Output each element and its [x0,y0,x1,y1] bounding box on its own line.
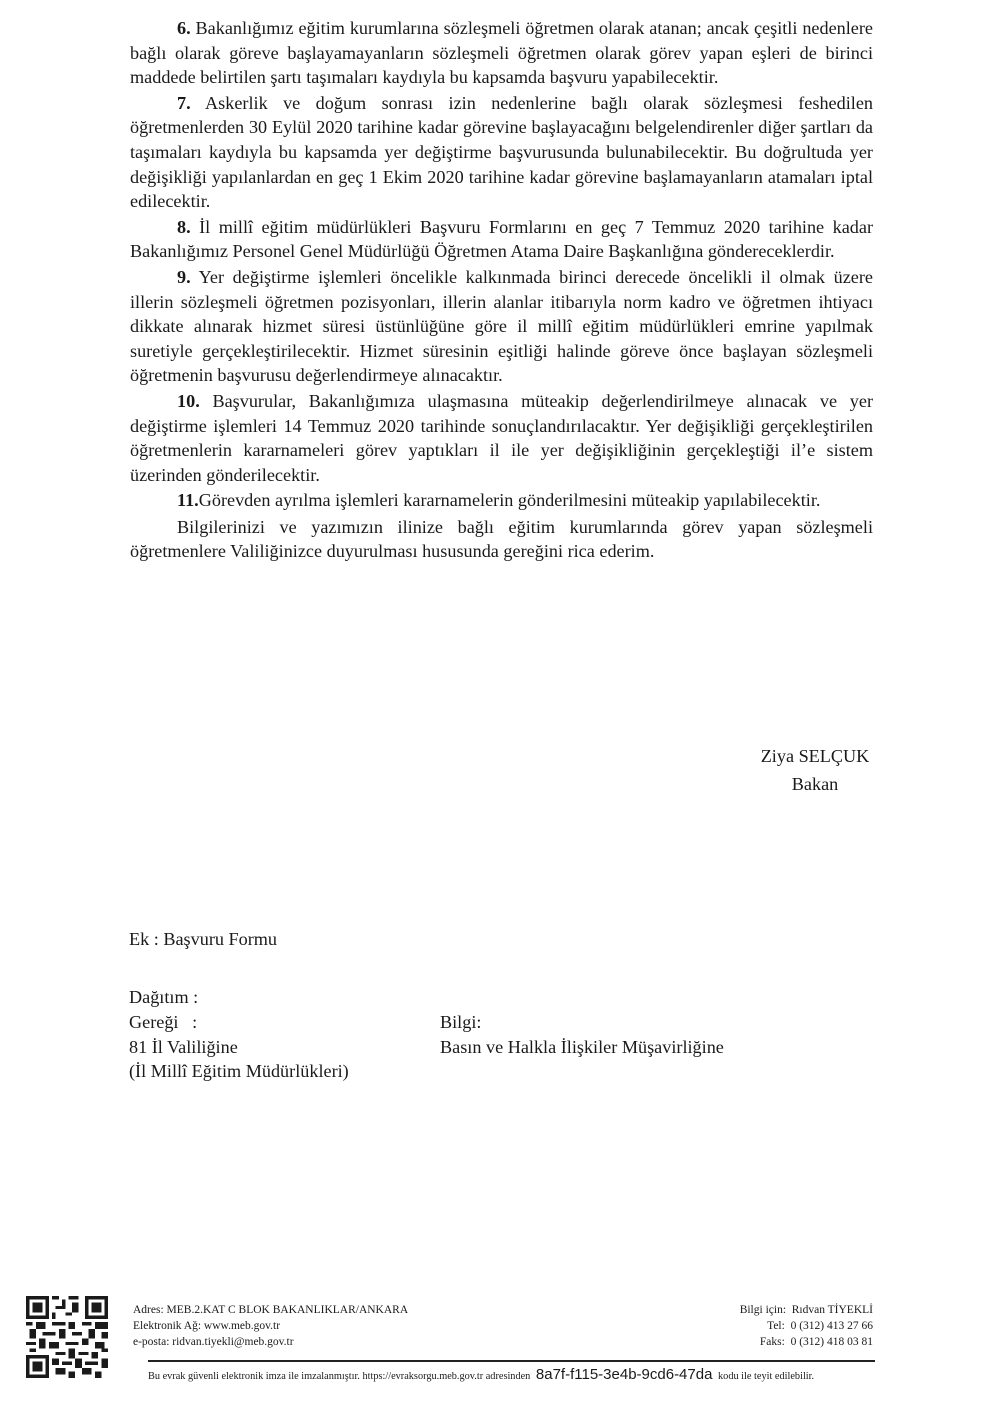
footer-contact-person: Bilgi için: Rıdvan TİYEKLİ [740,1302,873,1318]
closing-paragraph: Bilgilerinizi ve yazımızın ilinize bağlı… [130,515,873,564]
action-label: Gereği : [129,1010,349,1035]
paragraph-7: 7. Askerlik ve doğum sonrası izin nedenl… [130,91,873,214]
footer-fax: Faks: 0 (312) 418 03 81 [740,1334,873,1350]
footer-email: e-posta: ridvan.tiyekli@meb.gov.tr [133,1334,408,1350]
distribution-heading: Dağıtım : [129,985,349,1010]
paragraph-text: Yer değiştirme işlemleri öncelikle kalkı… [130,267,873,385]
attachment-note: Ek : Başvuru Formu [129,929,277,950]
paragraph-9: 9. Yer değiştirme işlemleri öncelikle ka… [130,265,873,388]
paragraph-text: Bakanlığımız eğitim kurumlarına sözleşme… [130,18,873,87]
action-recipient: 81 İl Valiliğine [129,1035,349,1060]
verify-prefix: Bu evrak güvenli elektronik imza ile imz… [148,1371,530,1382]
item-number: 10. [177,391,200,411]
footer-address: Adres: MEB.2.KAT C BLOK BAKANLIKLAR/ANKA… [133,1302,408,1318]
item-number: 6. [177,18,191,38]
signatory-name: Ziya SELÇUK [740,742,890,770]
paragraph-6: 6. Bakanlığımız eğitim kurumlarına sözle… [130,16,873,90]
paragraph-10: 10. Başvurular, Bakanlığımıza ulaşmasına… [130,389,873,487]
distribution-block: Dağıtım : Gereği : 81 İl Valiliğine (İl … [129,985,349,1084]
paragraph-text: Görevden ayrılma işlemleri kararnameleri… [199,490,821,510]
verify-suffix: kodu ile teyit edilebilir. [718,1371,814,1382]
document-body: 6. Bakanlığımız eğitim kurumlarına sözle… [130,16,873,582]
paragraph-text: İl millî eğitim müdürlükleri Başvuru For… [130,217,873,262]
paragraph-text: Askerlik ve doğum sonrası izin nedenleri… [130,93,873,211]
item-number: 9. [177,267,191,287]
footer-contact-left: Adres: MEB.2.KAT C BLOK BAKANLIKLAR/ANKA… [133,1302,408,1350]
signatory-title: Bakan [740,770,890,798]
verify-code: 8a7f-f115-3e4b-9cd6-47da [533,1366,716,1383]
item-number: 7. [177,93,191,113]
qr-code-icon [26,1296,108,1378]
item-number: 8. [177,217,191,237]
signature-block: Ziya SELÇUK Bakan [740,742,890,798]
item-number: 11. [177,490,199,510]
paragraph-text: Başvurular, Bakanlığımıza ulaşmasına müt… [130,391,873,485]
footer-divider [148,1360,875,1362]
action-recipient-sub: (İl Millî Eğitim Müdürlükleri) [129,1059,349,1084]
paragraph-8: 8. İl millî eğitim müdürlükleri Başvuru … [130,215,873,264]
info-label: Bilgi: [440,1010,724,1035]
footer-contact-right: Bilgi için: Rıdvan TİYEKLİ Tel: 0 (312) … [740,1302,873,1350]
paragraph-11: 11.Görevden ayrılma işlemleri kararnamel… [130,488,873,513]
info-block: Bilgi: Basın ve Halkla İlişkiler Müşavir… [440,1010,724,1060]
footer-website: Elektronik Ağ: www.meb.gov.tr [133,1318,408,1334]
info-recipient: Basın ve Halkla İlişkiler Müşavirliğine [440,1035,724,1060]
footer-phone: Tel: 0 (312) 413 27 66 [740,1318,873,1334]
footer-verification: Bu evrak güvenli elektronik imza ile imz… [148,1366,875,1383]
